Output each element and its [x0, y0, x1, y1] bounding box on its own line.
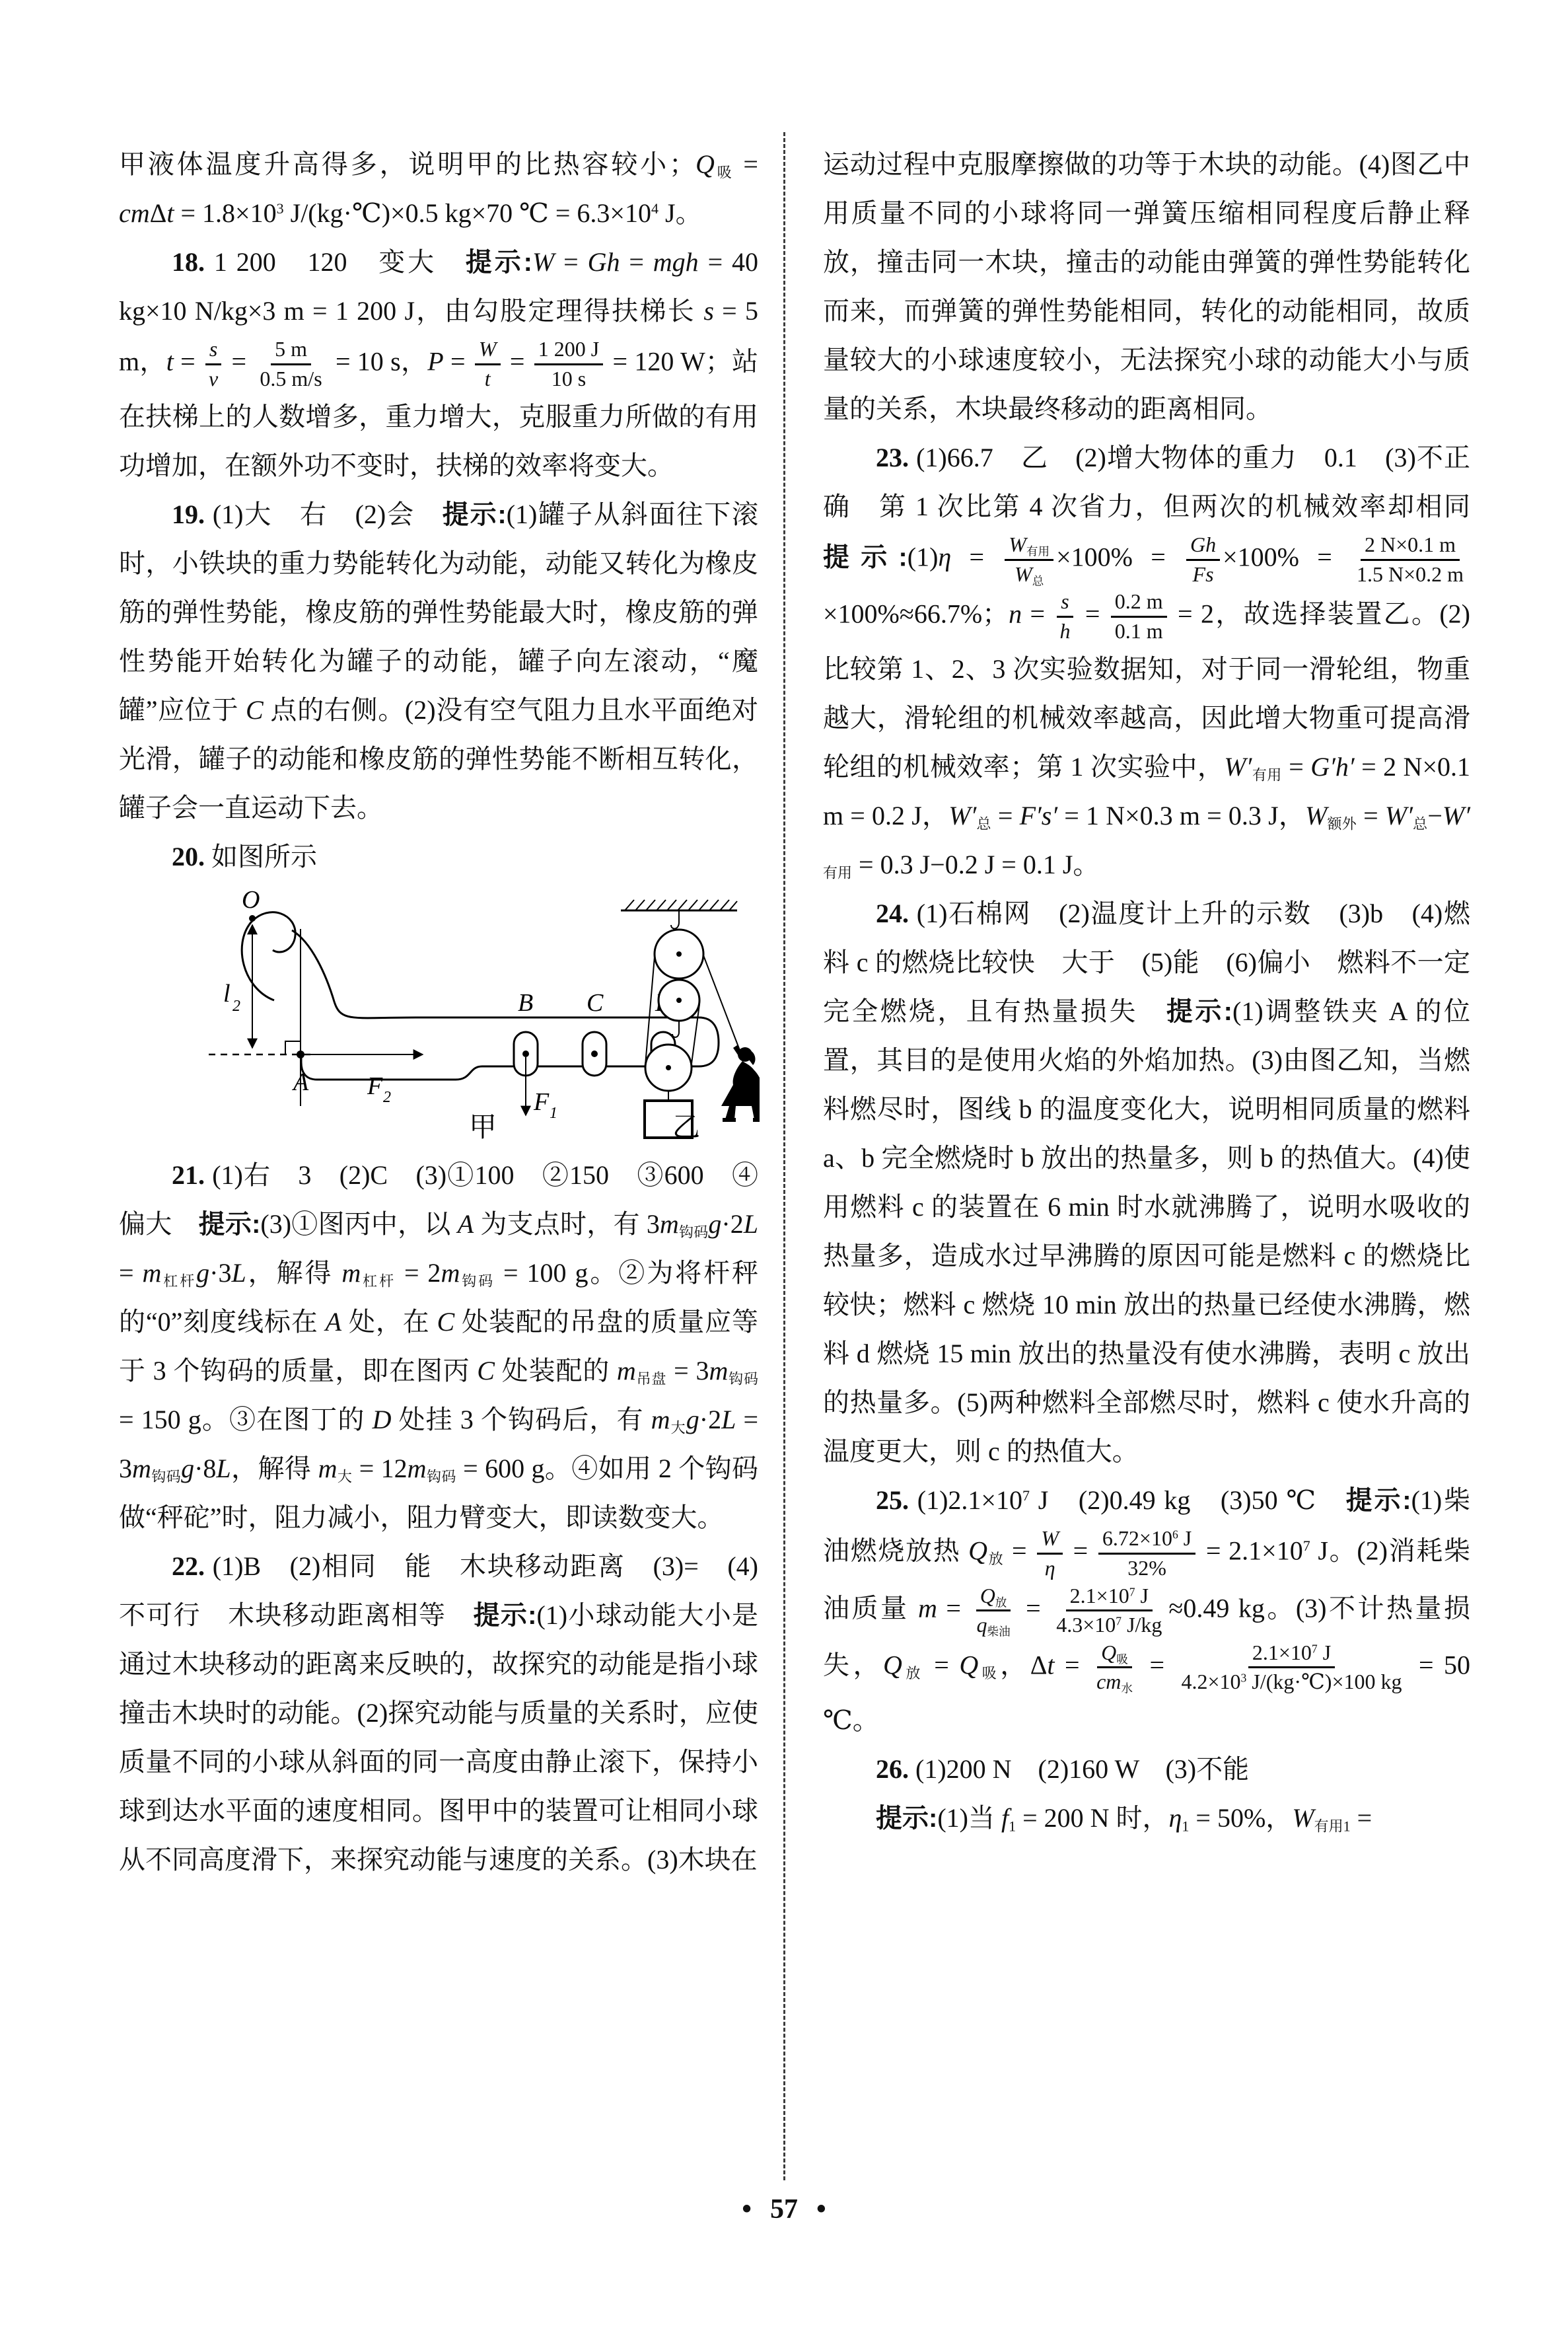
text-run: 提示:: [876, 1804, 937, 1833]
column-divider: [783, 132, 785, 2180]
text-run: =: [444, 346, 472, 376]
text-run: =: [1139, 1650, 1175, 1679]
text-run: W: [1041, 1526, 1059, 1550]
text-run: (1)200 N (2)160 W (3)不能: [909, 1754, 1249, 1784]
page-number: 57: [761, 2194, 807, 2225]
text-run: =: [225, 346, 253, 376]
text-run: W′: [1443, 801, 1470, 830]
text-run: C: [437, 1307, 455, 1337]
left-column: 甲液体温度升高得多，说明甲的比热容较小；Q吸 = cmΔt = 1.8×103 …: [119, 140, 758, 1884]
fraction: GhFs: [1186, 531, 1220, 588]
text-run: g: [196, 1258, 209, 1288]
text-run: = 1.8×10: [174, 198, 277, 228]
label-O: O: [242, 888, 260, 914]
paragraph-q22-continuation: 运动过程中克服摩擦做的功等于木块的动能。(4)图乙中用质量不同的小球将同一弹簧压…: [823, 140, 1470, 433]
text-run: D: [373, 1405, 392, 1434]
text-run: 吊盘: [636, 1371, 666, 1387]
text-run: 2.1×10: [1070, 1584, 1129, 1607]
label-F2: F: [367, 1072, 383, 1100]
answer-item-26-hint: 提示:(1)当 f1 = 200 N 时，η1 = 50%，W有用1 =: [823, 1794, 1470, 1843]
text-run: Q: [883, 1650, 902, 1679]
text-run: f: [1001, 1803, 1009, 1833]
text-run: 32%: [1127, 1556, 1166, 1580]
text-run: W′: [948, 801, 976, 830]
text-run: 杠杆: [161, 1273, 196, 1290]
text-run: =: [1282, 752, 1310, 782]
text-run: Gh: [588, 247, 620, 277]
answer-item-18: 18. 1 200 120 变大 提示:W = Gh = mgh = 40 kg…: [119, 238, 758, 490]
text-run: m: [441, 1258, 460, 1288]
text-run: 钩码: [679, 1224, 709, 1241]
text-run: =: [734, 149, 758, 179]
text-run: 大: [338, 1469, 353, 1485]
text-run: 21.: [172, 1160, 205, 1190]
text-run: ，: [1000, 1650, 1030, 1679]
label-F1: F: [533, 1088, 550, 1116]
text-run: 钩码: [427, 1469, 456, 1485]
text-run: 2.1×10: [1252, 1641, 1312, 1664]
text-run: =: [174, 346, 202, 376]
text-run: J: [1135, 1584, 1149, 1607]
text-run: 柴油: [987, 1625, 1010, 1638]
text-run: 为支点时，有 3: [474, 1209, 660, 1239]
text-run: 1.5 N×0.2 m: [1357, 562, 1464, 586]
text-run: = 0.3 J−0.2 J = 0.1 J。: [852, 850, 1099, 879]
paragraph-q17-continuation: 甲液体温度升高得多，说明甲的比热容较小；Q吸 = cmΔt = 1.8×103 …: [119, 140, 758, 238]
text-run: m: [617, 1356, 636, 1385]
text-run: =: [1004, 1536, 1034, 1566]
person-figure: [721, 1045, 760, 1122]
text-run: m: [660, 1209, 679, 1239]
text-run: 提示:: [466, 248, 532, 277]
text-run: Δ: [1030, 1650, 1048, 1679]
text-run: 0.2 m: [1115, 589, 1163, 613]
text-run: s: [209, 337, 217, 361]
text-run: J。: [659, 198, 702, 228]
top-hook: [671, 910, 679, 929]
text-run: 4.2×10: [1182, 1670, 1241, 1693]
text-run: 运动过程中克服摩擦做的功等于木块的动能。(4)图乙中用质量不同的小球将同一弹簧压…: [823, 149, 1470, 424]
text-run: W′: [1224, 752, 1252, 782]
text-run: J/(kg·℃)×100 kg: [1246, 1670, 1402, 1693]
text-run: W: [1305, 801, 1327, 830]
text-run: ×100%≈66.7%；: [823, 599, 1009, 628]
fraction: Wη: [1037, 1525, 1063, 1582]
fraction: 2.1×107 J4.2×103 J/(kg·℃)×100 kg: [1178, 1639, 1406, 1696]
text-run: η: [1045, 1556, 1055, 1580]
answer-item-19: 19. (1)大 右 (2)会 提示:(1)罐子从斜面往下滚时，小铁块的重力势能…: [119, 490, 758, 832]
text-run: 10 s: [552, 367, 586, 390]
text-run: 有用: [1252, 767, 1281, 784]
text-run: Q: [968, 1536, 987, 1566]
text-run: 1: [1182, 1818, 1189, 1835]
text-run: P: [427, 346, 443, 376]
text-run: W: [1009, 533, 1026, 556]
text-run: 提示:: [1346, 1486, 1411, 1515]
answer-item-23: 23. (1)66.7 乙 (2)增大物体的重力 0.1 (3)不正确 第 1 …: [823, 433, 1470, 889]
text-run: g: [708, 1209, 721, 1239]
text-run: Q: [959, 1650, 978, 1679]
text-run: L: [744, 1209, 758, 1239]
text-run: 7: [1303, 1537, 1310, 1554]
footer-dot-left: •: [732, 2194, 761, 2225]
text-run: 额外: [1327, 816, 1357, 832]
text-run: (1)2.1×10: [909, 1485, 1022, 1515]
svg-text:1: 1: [550, 1105, 557, 1122]
text-run: L: [216, 1454, 231, 1483]
rope-pull: [703, 955, 742, 1057]
text-run: ，解得: [231, 1454, 318, 1483]
text-run: η: [938, 542, 951, 572]
text-run: 有用: [1026, 544, 1050, 558]
text-run: ·2: [699, 1405, 721, 1434]
text-run: m: [318, 1454, 338, 1483]
text-run: 由勾股定理得扶梯长: [445, 296, 704, 326]
text-run: = 2: [396, 1258, 441, 1288]
text-run: 7: [1129, 1585, 1135, 1598]
text-run: m: [132, 1454, 151, 1483]
text-run: ×100% =: [1223, 542, 1350, 572]
text-run: 如图所示: [205, 842, 317, 871]
fraction: 1 200 J10 s: [534, 336, 603, 392]
text-run: =: [1077, 599, 1108, 628]
caption-jia: 甲: [469, 1113, 497, 1139]
text-run: t: [166, 198, 174, 228]
text-run: J/(kg·℃)×0.5 kg×70 ℃ = 6.3×10: [284, 198, 651, 228]
text-run: (1): [908, 542, 939, 572]
text-run: 放: [902, 1665, 924, 1681]
text-run: C: [477, 1356, 495, 1385]
text-run: Δ: [150, 198, 167, 228]
text-run: cm: [1096, 1670, 1121, 1693]
figure-20-svg: O l 2 B C D: [139, 888, 760, 1139]
text-run: 提示:: [443, 500, 507, 529]
text-run: = 2，: [1170, 599, 1244, 628]
text-run: 提示:: [199, 1210, 261, 1239]
text-run: =: [924, 1650, 960, 1679]
ceiling-hatch: [625, 900, 737, 910]
text-run: 23.: [876, 443, 909, 472]
text-run: s: [1061, 589, 1069, 613]
answer-item-25: 25. (1)2.1×107 J (2)0.49 kg (3)50 ℃ 提示:(…: [823, 1476, 1470, 1745]
text-run: ×100% =: [1056, 542, 1184, 572]
text-run: m: [341, 1258, 361, 1288]
text-run: Gh: [1190, 533, 1216, 556]
text-run: G′h′: [1310, 752, 1354, 782]
text-run: =: [1022, 599, 1053, 628]
text-run: ，解得: [246, 1258, 342, 1288]
text-run: 放: [995, 1596, 1007, 1609]
middle-hook: [672, 1021, 679, 1037]
text-run: Q: [980, 1584, 995, 1607]
text-run: ③在图丁的: [229, 1405, 373, 1434]
text-run: (1)罐子从斜面往下滚时，小铁块的重力势能转化为动能，动能又转化为橡皮筋的弹性势…: [119, 499, 758, 725]
text-run: g: [686, 1405, 699, 1434]
text-run: =: [1065, 1536, 1096, 1566]
text-run: 1: [1009, 1818, 1016, 1835]
answer-item-21: 21. (1)右 3 (2)C (3)①100 ②150 ③600 ④偏大 提示…: [119, 1151, 758, 1542]
text-run: = 600 g。: [456, 1454, 572, 1483]
text-run: 吸: [978, 1665, 1000, 1681]
text-run: Q: [1101, 1641, 1116, 1664]
text-run: = 120 W；: [606, 346, 732, 376]
text-run: ≈0.49 kg。: [1168, 1593, 1295, 1623]
text-run: 19.: [172, 499, 205, 529]
text-run: J (2)0.49 kg (3)50 ℃: [1030, 1485, 1346, 1515]
text-run: cm: [119, 198, 150, 228]
text-run: 7: [1022, 1487, 1030, 1504]
text-run: 钩码: [728, 1371, 758, 1387]
fraction: 2.1×107 J4.3×107 J/kg: [1052, 1582, 1166, 1639]
text-run: 7: [1116, 1615, 1122, 1628]
text-run: W: [479, 337, 497, 361]
text-run: =: [620, 247, 653, 277]
text-run: n: [1009, 599, 1022, 628]
text-run: 水: [1121, 1682, 1133, 1695]
text-run: =: [1055, 1650, 1090, 1679]
text-run: 总: [1413, 816, 1427, 832]
text-run: W: [532, 247, 554, 277]
text-run: = 200 N: [1016, 1803, 1109, 1833]
text-run: 4: [651, 200, 659, 217]
lever-diagram: O l 2 B C D: [209, 888, 719, 1139]
text-run: 甲液体温度升高得多，说明甲的比热容较小；: [119, 149, 695, 179]
text-run: 0.1 m: [1115, 619, 1163, 643]
fraction: 2 N×0.1 m1.5 N×0.2 m: [1353, 531, 1468, 588]
fraction: 6.72×106 J32%: [1098, 1525, 1195, 1582]
text-run: s: [703, 296, 714, 326]
text-run: v: [209, 367, 218, 390]
text-run: 18.: [172, 247, 205, 277]
text-run: (1)大 右 (2)会: [205, 499, 443, 529]
text-run: =: [991, 801, 1020, 830]
answer-item-22: 22. (1)B (2)相同 能 木块移动距离 (3)= (4)不可行 木块移动…: [119, 1542, 758, 1884]
text-run: t: [166, 346, 174, 376]
answer-item-20: 20. 如图所示: [119, 832, 758, 881]
text-run: = 100 g。: [495, 1258, 618, 1288]
text-run: =: [937, 1593, 970, 1623]
text-run: t: [1047, 1650, 1054, 1679]
text-run: J/kg: [1122, 1613, 1162, 1637]
text-run: ·2: [721, 1209, 743, 1239]
text-run: J。: [1310, 1536, 1357, 1566]
text-run: 22.: [172, 1551, 205, 1581]
text-run: (3)①图丙中，以: [260, 1209, 457, 1239]
text-run: L: [721, 1405, 736, 1434]
pulley-diagram: 乙: [621, 900, 760, 1139]
svg-text:2: 2: [383, 1089, 391, 1106]
text-run: =: [1351, 1803, 1372, 1833]
text-run: 26.: [876, 1754, 909, 1784]
text-run: 提示:: [823, 542, 908, 572]
text-run: =: [1017, 1593, 1050, 1623]
fraction: Q吸cm水: [1092, 1639, 1137, 1696]
text-run: 24.: [876, 899, 909, 928]
text-run: 4.3×10: [1056, 1613, 1116, 1637]
label-C: C: [587, 989, 604, 1017]
text-run: h: [1059, 619, 1070, 643]
text-run: A: [326, 1307, 341, 1337]
text-run: (1)66.7 乙 (2)增大物体的重力 0.1 (3)不正确 第 1 次比第 …: [823, 443, 1497, 521]
text-run: C: [246, 695, 264, 725]
text-run: q: [976, 1613, 987, 1637]
label-B: B: [518, 989, 533, 1017]
text-run: J: [1178, 1526, 1192, 1550]
text-run: 有用: [823, 865, 852, 881]
text-run: =: [554, 247, 587, 277]
svg-text:2: 2: [232, 998, 240, 1015]
text-run: 3: [277, 200, 284, 217]
fraction: Q放q柴油: [972, 1582, 1014, 1639]
label-A: A: [291, 1068, 309, 1096]
text-run: 0.5 m/s: [260, 367, 322, 390]
text-run: ·3: [209, 1258, 231, 1288]
footer-dot-right: •: [807, 2194, 836, 2225]
text-run: 处挂 3 个钩码后，有: [391, 1405, 651, 1434]
text-run: 吸: [1116, 1652, 1128, 1666]
text-run: J: [1318, 1641, 1331, 1664]
text-run: g: [181, 1454, 194, 1483]
text-run: = 1 N×0.3 m = 0.3 J，: [1057, 801, 1305, 830]
text-run: =: [1357, 801, 1385, 830]
text-run: 放: [987, 1551, 1004, 1567]
fraction: sv: [205, 336, 222, 392]
answer-item-26: 26. (1)200 N (2)160 W (3)不能: [823, 1745, 1470, 1794]
text-run: (1)当: [937, 1803, 1001, 1833]
right-column: 运动过程中克服摩擦做的功等于木块的动能。(4)图乙中用质量不同的小球将同一弹簧压…: [823, 140, 1470, 1843]
text-run: =: [503, 346, 532, 376]
fraction: W有用W总: [1005, 531, 1053, 588]
text-run: 提示:: [474, 1601, 537, 1630]
caption-yi: 乙: [672, 1113, 700, 1139]
text-run: 2 N×0.1 m: [1365, 533, 1456, 556]
text-run: η: [1169, 1803, 1182, 1833]
text-run: = 50%，: [1189, 1803, 1292, 1833]
text-run: t: [485, 367, 491, 390]
text-run: m: [408, 1454, 427, 1483]
text-run: L: [231, 1258, 246, 1288]
text-run: 杠杆: [361, 1273, 396, 1290]
text-run: 处，在: [341, 1307, 437, 1337]
text-run: F′s′: [1020, 801, 1058, 830]
fraction: 5 m0.5 m/s: [256, 336, 326, 392]
text-run: 大: [670, 1420, 686, 1436]
text-run: 7: [1312, 1642, 1318, 1655]
text-run: = 3: [666, 1356, 709, 1385]
text-run: 1 200 J: [538, 337, 599, 361]
text-run: m: [709, 1356, 728, 1385]
text-run: m: [142, 1258, 161, 1288]
text-run: ·8: [194, 1454, 216, 1483]
text-run: −: [1427, 801, 1443, 830]
text-run: 提示:: [1166, 997, 1232, 1026]
text-run: 处装配的: [495, 1356, 617, 1385]
text-run: =: [119, 1258, 142, 1288]
text-run: W: [1292, 1803, 1314, 1833]
text-run: A: [458, 1209, 474, 1239]
text-run: = 10 s，: [329, 346, 428, 376]
text-run: 钩码: [460, 1273, 495, 1290]
lever-hook-outline: [242, 912, 295, 1000]
fraction: 0.2 m0.1 m: [1111, 588, 1167, 645]
text-run: 20.: [172, 842, 205, 871]
book-page: 甲液体温度升高得多，说明甲的比热容较小；Q吸 = cmΔt = 1.8×103 …: [0, 0, 1568, 2325]
text-run: 钩码: [151, 1469, 181, 1485]
label-l2: l: [223, 980, 231, 1008]
text-run: 6: [1172, 1528, 1178, 1541]
text-run: 25.: [876, 1485, 909, 1515]
text-run: 1 200 120 变大: [205, 247, 466, 277]
text-run: =: [951, 542, 1002, 572]
text-run: W: [1015, 562, 1032, 586]
text-run: (1)调整铁夹 A 的位置，其目的是使用火焰的外焰加热。(3)由图乙知，当燃料燃…: [823, 996, 1470, 1466]
text-run: mgh: [653, 247, 699, 277]
text-run: (1)小球动能大小是通过木块移动的距离来反映的，故探究的动能是指小球撞击木块时的…: [119, 1600, 758, 1874]
figure-problem-20: O l 2 B C D: [139, 888, 758, 1146]
text-run: 有用1: [1314, 1818, 1351, 1835]
text-run: 时，: [1110, 1803, 1169, 1833]
text-run: = 12: [352, 1454, 407, 1483]
text-run: m: [651, 1405, 670, 1434]
fraction: Wt: [475, 336, 501, 392]
text-run: 5 m: [275, 337, 307, 361]
fraction: sh: [1055, 588, 1074, 645]
page-footer: •57•: [0, 2194, 1568, 2225]
text-run: m: [918, 1593, 937, 1623]
text-run: W′: [1385, 801, 1413, 830]
text-run: Fs: [1193, 562, 1214, 586]
text-run: = 2.1×10: [1198, 1536, 1302, 1566]
text-run: 吸: [715, 165, 734, 181]
text-run: 6.72×10: [1102, 1526, 1172, 1550]
text-run: Q: [695, 149, 715, 179]
text-run: 总: [976, 816, 991, 832]
answer-item-24: 24. (1)石棉网 (2)温度计上升的示数 (3)b (4)燃料 c 的燃烧比…: [823, 889, 1470, 1476]
text-run: = 150 g。: [119, 1405, 229, 1434]
text-run: 总: [1032, 574, 1044, 587]
